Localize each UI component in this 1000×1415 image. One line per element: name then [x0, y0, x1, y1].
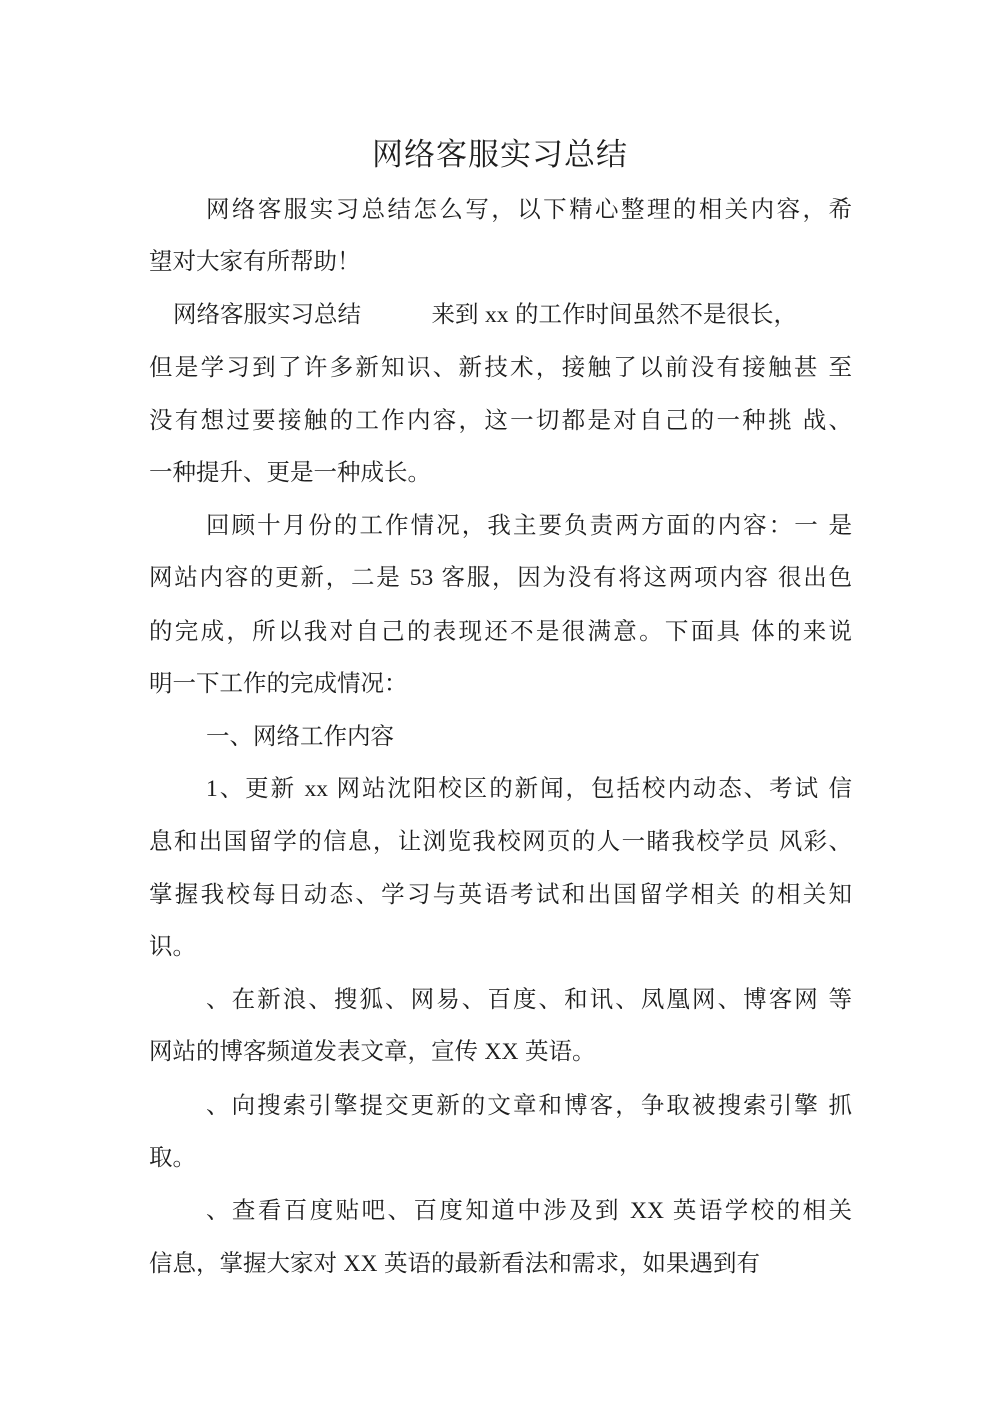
doc-line: 回顾十月份的工作情况，我主要负责两方面的内容：一 是: [149, 499, 852, 551]
doc-line: 网站的博客频道发表文章，宣传 XX 英语。: [149, 1025, 852, 1078]
latin-text: XX: [485, 1039, 519, 1065]
doc-line: 、查看百度贴吧、百度知道中涉及到 XX 英语学校的相关: [149, 1184, 852, 1237]
doc-line: 、在新浪、搜狐、网易、百度、和讯、凤凰网、博客网 等: [149, 973, 852, 1025]
doc-line: 明一下工作的完成情况：: [149, 657, 852, 709]
doc-body: 网络客服实习总结怎么写，以下精心整理的相关内容，希 望对大家有所帮助！ 网络客服…: [149, 183, 852, 1291]
doc-line: 取。: [149, 1131, 852, 1183]
latin-text: xx: [305, 776, 329, 802]
doc-line: 没有想过要接触的工作内容，这一切都是对自己的一种挑 战、: [149, 394, 852, 446]
doc-line: 掌握我校每日动态、学习与英语考试和出国留学相关 的相关知: [149, 868, 852, 920]
doc-line: 的完成，所以我对自己的表现还不是很满意。下面具 体的来说: [149, 605, 852, 657]
doc-line: 但是学习到了许多新知识、新技术，接触了以前没有接触甚 至: [149, 341, 852, 393]
doc-title: 网络客服实习总结: [0, 133, 1000, 177]
latin-text: XX: [630, 1198, 664, 1224]
doc-line: 一种提升、更是一种成长。: [149, 446, 852, 498]
document-page: 网络客服实习总结 网络客服实习总结怎么写，以下精心整理的相关内容，希 望对大家有…: [0, 0, 1000, 1415]
latin-text: XX: [344, 1251, 378, 1277]
doc-line: 1、更新 xx 网站沈阳校区的新闻，包括校内动态、考试 信: [149, 762, 852, 815]
doc-line: 识。: [149, 920, 852, 972]
doc-line: 信息，掌握大家对 XX 英语的最新看法和需求，如果遇到有: [149, 1237, 852, 1290]
latin-text: xx: [485, 302, 509, 328]
doc-line: 息和出国留学的信息，让浏览我校网页的人一睹我校学员 风彩、: [149, 815, 852, 867]
doc-line: 网络客服实习总结 来到 xx 的工作时间虽然不是很长，: [149, 288, 852, 341]
doc-line: 望对大家有所帮助！: [149, 235, 852, 287]
doc-line: 网站内容的更新，二是 53 客服，因为没有将这两项内容 很出色: [149, 551, 852, 604]
latin-text: 53: [410, 565, 434, 591]
doc-section-heading: 一、网络工作内容: [149, 710, 852, 762]
latin-text: 1: [206, 776, 218, 802]
doc-line: 网络客服实习总结怎么写，以下精心整理的相关内容，希: [149, 183, 852, 235]
doc-line: 、向搜索引擎提交更新的文章和博客，争取被搜索引擎 抓: [149, 1079, 852, 1131]
